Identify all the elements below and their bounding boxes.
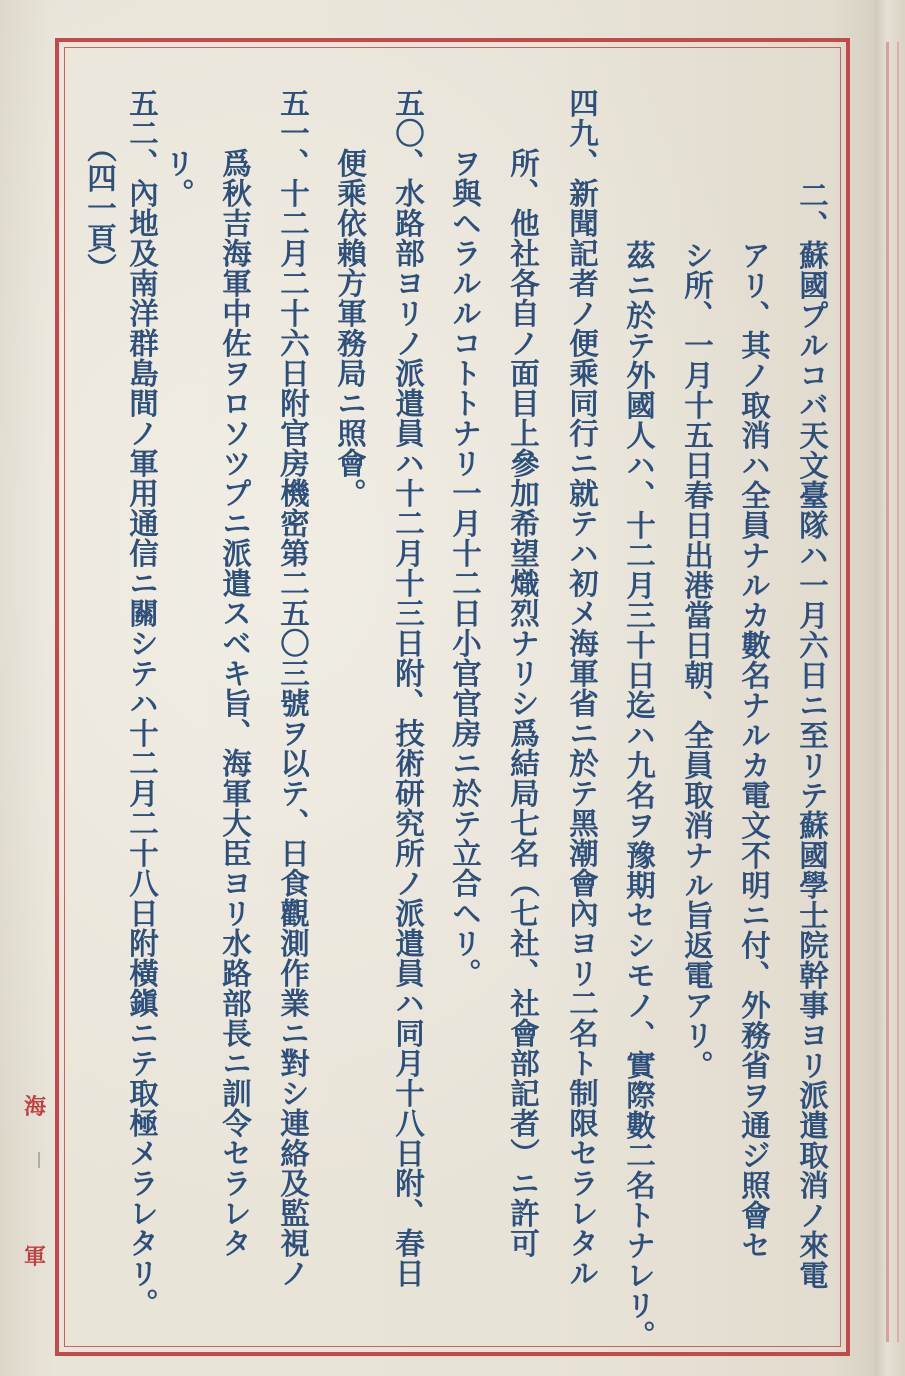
- text-column-13: 五二、內地及南洋群島間ノ軍用通信ニ關シテハ十二月二十八日附橫鎭ニテ取極メラレタリ…: [122, 88, 162, 1318]
- text-column-1: 二、蘇國プルコバ天文臺隊ハ一月六日ニ至リテ蘇國學士院幹事ヨリ派遣取消ノ來電: [792, 180, 832, 1290]
- text-column-11: 爲秋吉海軍中佐ヲロソツプニ派遣スベキ旨、海軍大臣ヨリ水路部長ニ訓令セラレタ: [215, 88, 255, 1258]
- text-column-4: 茲ニ於テ外國人ハ、十二月三十日迄ハ九名ヲ豫期セシモノ、實際數二名トナレリ。: [619, 180, 659, 1350]
- text-column-9: 便乘依賴方軍務局ニ照會。: [330, 88, 370, 508]
- margin-label-top: 海: [20, 1090, 50, 1121]
- page-reference: （四一頁）: [80, 88, 120, 283]
- adjacent-page-border: [886, 42, 899, 1342]
- text-column-2: アリ、其ノ取消ハ全員ナルカ數名ナルカ電文不明ニ付、外務省ヲ通ジ照會セ: [734, 180, 774, 1260]
- text-column-3: シ所、一月十五日春日出港當日朝、全員取消ナル旨返電アリ。: [677, 180, 717, 1080]
- margin-label-bottom: 軍: [20, 1240, 50, 1271]
- text-column-10: 五一、十二月二十六日附官房機密第二五〇三號ヲ以テ、日食觀測作業ニ對シ連絡及監視ノ: [273, 88, 313, 1288]
- vertical-text-body: 二、蘇國プルコバ天文臺隊ハ一月六日ニ至リテ蘇國學士院幹事ヨリ派遣取消ノ來電 アリ…: [92, 150, 882, 1330]
- text-column-6: 所、他社各自ノ面目上參加希望熾烈ナリシ爲結局七名（七社、社會部記者）ニ許可: [503, 88, 543, 1258]
- text-column-12: リ。: [158, 88, 198, 208]
- text-column-5: 四九、新聞記者ノ便乘同行ニ就テハ初メ海軍省ニ於テ黑潮會內ヨリ二名ト制限セラレタル: [562, 88, 602, 1288]
- margin-tick-mark: [38, 1152, 40, 1168]
- text-column-8: 五〇、水路部ヨリノ派遣員ハ十二月十三日附、技術研究所ノ派遣員ハ同月十八日附、春日: [388, 88, 428, 1288]
- text-column-7: ヲ與ヘラルルコトトナリ一月十二日小官官房ニ於テ立合ヘリ。: [445, 88, 485, 988]
